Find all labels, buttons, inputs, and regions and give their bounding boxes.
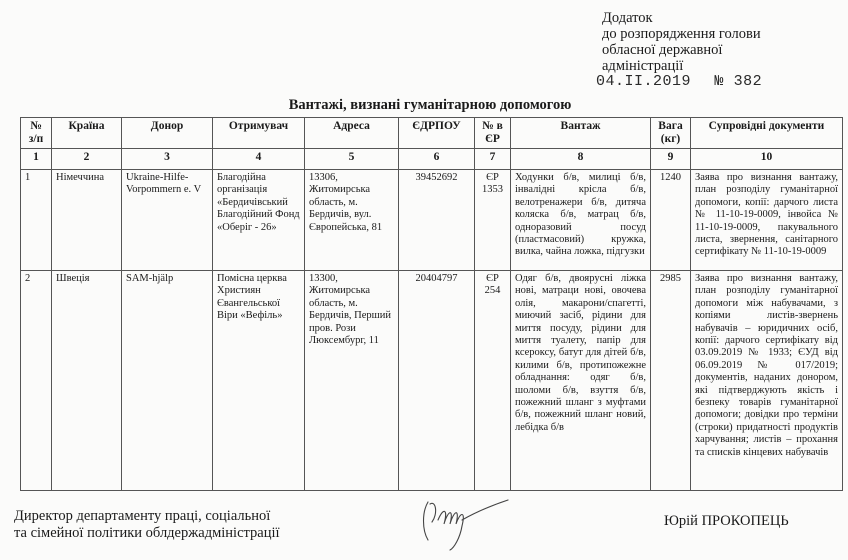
signatory-position: Директор департаменту праці, соціальної …	[14, 508, 280, 542]
cell-country: Німеччина	[52, 170, 122, 271]
cargo-table: № з/п Країна Донор Отримувач Адреса ЄДРП…	[20, 117, 843, 491]
column-number: 5	[305, 149, 399, 170]
annex-header: Додаток до розпорядження голови обласної…	[602, 10, 762, 90]
order-number-label: №	[715, 73, 725, 90]
column-number: 1	[21, 149, 52, 170]
header-edrpou: ЄДРПОУ	[399, 118, 475, 149]
annex-line-order: до розпорядження голови	[602, 26, 762, 42]
header-weight: Вага (кг)	[651, 118, 691, 149]
header-er-no: № в ЄР	[475, 118, 511, 149]
cell-cargo: Ходунки б/в, милиці б/в, інвалідні крісл…	[511, 170, 651, 271]
column-number: 4	[213, 149, 305, 170]
column-number: 6	[399, 149, 475, 170]
cell-edrpou: 20404797	[399, 271, 475, 491]
column-number: 2	[52, 149, 122, 170]
column-number: 3	[122, 149, 213, 170]
position-line-2: та сімейної політики облдержадміністраці…	[14, 525, 280, 542]
cell-no: 1	[21, 170, 52, 271]
cell-weight: 2985	[651, 271, 691, 491]
column-number: 9	[651, 149, 691, 170]
annex-title: Додаток	[602, 10, 762, 26]
handwritten-signature-icon	[420, 492, 510, 552]
cell-cargo: Одяг б/в, двоярусні ліжка нові, матраци …	[511, 271, 651, 491]
header-no: № з/п	[21, 118, 52, 149]
cell-documents: Заява про визнання вантажу, план розподі…	[691, 271, 843, 491]
order-number: 382	[734, 73, 763, 90]
cell-edrpou: 39452692	[399, 170, 475, 271]
cell-address: 13306, Житомирська область, м. Бердичів,…	[305, 170, 399, 271]
column-number: 10	[691, 149, 843, 170]
table-row: 2 Швеція SAM-hjälp Помісна церква Христи…	[21, 271, 843, 491]
position-line-1: Директор департаменту праці, соціальної	[14, 508, 280, 525]
header-recipient: Отримувач	[213, 118, 305, 149]
cell-documents: Заява про визнання вантажу, план розподі…	[691, 170, 843, 271]
table-header-row: № з/п Країна Донор Отримувач Адреса ЄДРП…	[21, 118, 843, 149]
cell-address: 13300, Житомирська область, м. Бердичів,…	[305, 271, 399, 491]
table-row: 1 Німеччина Ukraine-Hilfe-Vorpommern e. …	[21, 170, 843, 271]
order-stamp: 04.II.2019 № 382	[596, 74, 762, 90]
column-number: 8	[511, 149, 651, 170]
header-documents: Супровідні документи	[691, 118, 843, 149]
header-donor: Донор	[122, 118, 213, 149]
header-country: Країна	[52, 118, 122, 149]
order-date: 04.II.2019	[596, 73, 691, 90]
cell-country: Швеція	[52, 271, 122, 491]
column-number-row: 1 2 3 4 5 6 7 8 9 10	[21, 149, 843, 170]
header-cargo: Вантаж	[511, 118, 651, 149]
column-number: 7	[475, 149, 511, 170]
document-title: Вантажі, визнані гуманітарною допомогою	[220, 97, 640, 114]
cell-weight: 1240	[651, 170, 691, 271]
cell-donor: SAM-hjälp	[122, 271, 213, 491]
cell-recipient: Помісна церква Християн Євангельської Ві…	[213, 271, 305, 491]
cell-no: 2	[21, 271, 52, 491]
annex-line-administration: адміністрації	[602, 58, 762, 74]
cell-er-no: ЄР 254	[475, 271, 511, 491]
cell-donor: Ukraine-Hilfe-Vorpommern e. V	[122, 170, 213, 271]
signatory-name: Юрій ПРОКОПЕЦЬ	[664, 513, 789, 530]
header-address: Адреса	[305, 118, 399, 149]
cell-er-no: ЄР 1353	[475, 170, 511, 271]
cell-recipient: Благодійна організація «Бердичівський Бл…	[213, 170, 305, 271]
annex-line-authority: обласної державної	[602, 42, 762, 58]
